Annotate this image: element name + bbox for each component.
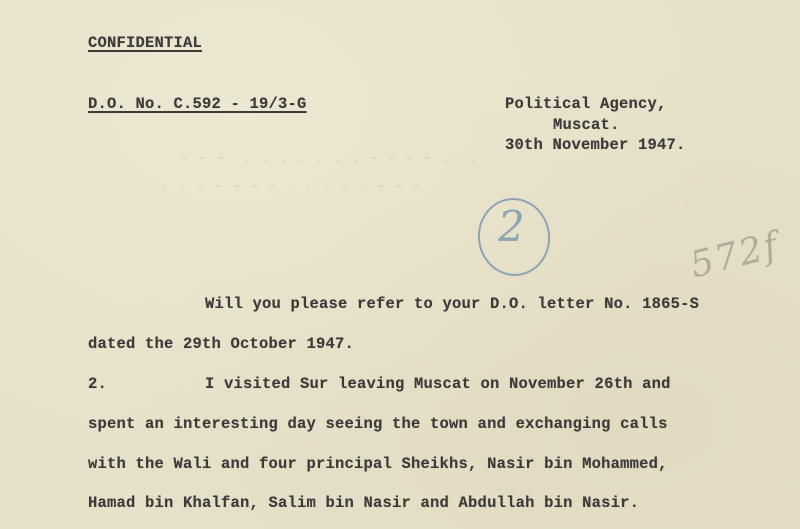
paragraph2-number: 2.	[88, 375, 107, 393]
paragraph2-line3: with the Wali and four principal Sheikhs…	[88, 455, 668, 473]
sender-address-line1: Political Agency,	[505, 95, 667, 113]
letter-date: 30th November 1947.	[505, 136, 686, 154]
classification-heading: CONFIDENTIAL	[88, 34, 202, 52]
document-page: - - - . . . . . . . - - - - . . . . . - …	[0, 0, 800, 529]
pencil-annotation: 572f	[687, 228, 783, 285]
show-through-text: . . . - - - - . . . . . - - -	[160, 178, 421, 195]
show-through-text: - - - . . . . . . . - - - - . .	[180, 150, 477, 167]
paragraph2-line2: spent an interesting day seeing the town…	[88, 415, 668, 433]
circled-number: 2	[498, 206, 525, 248]
paragraph2-line4: Hamad bin Khalfan, Salim bin Nasir and A…	[88, 494, 639, 512]
sender-address-line2: Muscat.	[553, 116, 620, 134]
paragraph1-line2: dated the 29th October 1947.	[88, 335, 354, 353]
paragraph2-line1: I visited Sur leaving Muscat on November…	[205, 375, 671, 393]
paragraph1-line1: Will you please refer to your D.O. lette…	[205, 295, 699, 313]
reference-number: D.O. No. C.592 - 19/3-G	[88, 95, 307, 113]
